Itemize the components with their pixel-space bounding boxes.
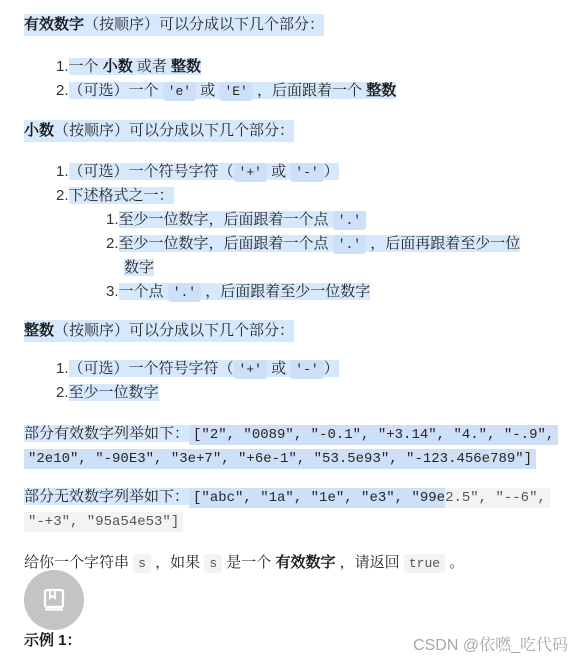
text: 一个点 [119, 283, 168, 300]
inline-code: s [204, 554, 222, 573]
watermark: CSDN @依嘫_吃代码 [413, 632, 568, 655]
bold-term: 整数 [366, 82, 396, 99]
text: ，如果 [151, 554, 204, 571]
list-num: 1. [56, 161, 69, 183]
heading-bold: 有效数字 [24, 16, 84, 33]
text: ，后面再跟着至少一位 [366, 235, 520, 252]
text: （可选）一个 [69, 82, 163, 99]
text: ） [324, 360, 339, 377]
text: （可选）一个符号字符（ [69, 163, 234, 180]
valid-examples-label: 部分有效数字列举如下： [24, 425, 189, 442]
list-num: 2. [56, 80, 69, 102]
text: 下述格式之一： [69, 187, 174, 204]
list-num: 1. [56, 358, 69, 380]
inline-code: '.' [333, 235, 366, 254]
invalid-examples-line2: "-+3", "95a54e53"] [24, 510, 183, 533]
invalid-examples-code: "-+3", "95a54e53"] [24, 512, 183, 532]
text: 是一个 [222, 554, 275, 571]
inline-code: '.' [168, 283, 201, 302]
list-item: 2.下述格式之一： [56, 185, 174, 207]
list-num: 2. [106, 233, 119, 255]
text: 或 [196, 82, 219, 99]
list-num: 2. [56, 382, 69, 404]
list-item: 2.至少一位数字 [56, 382, 159, 404]
heading-rest: （按顺序）可以分成以下几个部分： [84, 16, 324, 33]
invalid-examples-code: 2.5", "--6", [445, 488, 550, 508]
integer-heading: 整数（按顺序）可以分成以下几个部分： [24, 320, 294, 342]
text: （可选）一个符号字符（ [69, 360, 234, 377]
invalid-examples-line1: 部分无效数字列举如下：["abc", "1a", "1e", "e3", "99… [24, 486, 550, 509]
inline-code: '-' [290, 163, 323, 182]
example-heading: 示例 1： [24, 630, 82, 652]
text: 。 [445, 554, 464, 571]
bold-term: 小数 [103, 58, 133, 75]
invalid-examples-code-selected: ["abc", "1a", "1e", "e3", "99e [189, 488, 445, 508]
example-heading-text: 示例 1： [24, 632, 82, 649]
sub-list-item: 2.至少一位数字，后面跟着一个点 '.' ，后面再跟着至少一位 [106, 233, 520, 256]
book-button[interactable] [24, 570, 84, 630]
text: ，后面跟着至少一位数字 [201, 283, 370, 300]
text: 或 [267, 360, 290, 377]
decimal-heading: 小数（按顺序）可以分成以下几个部分： [24, 120, 294, 142]
text: ） [324, 163, 339, 180]
valid-number-heading: 有效数字（按顺序）可以分成以下几个部分： [24, 14, 324, 36]
valid-examples-line2: "2e10", "-90E3", "3e+7", "+6e-1", "53.5e… [24, 447, 536, 470]
valid-examples-code: "2e10", "-90E3", "3e+7", "+6e-1", "53.5e… [24, 449, 536, 469]
list-item: 1.一个 小数 或者 整数 [56, 56, 201, 78]
bold-term: 整数 [171, 58, 201, 75]
text: 给你一个字符串 [24, 554, 133, 571]
list-num: 1. [106, 209, 119, 231]
list-item: 1.（可选）一个符号字符（'+' 或 '-'） [56, 358, 339, 381]
bold-term: 有效数字 [275, 554, 335, 571]
heading-rest: （按顺序）可以分成以下几个部分： [54, 322, 294, 339]
book-icon [43, 588, 65, 612]
inline-code: 'E' [219, 82, 252, 101]
list-num: 2. [56, 185, 69, 207]
text: ，后面跟着一个 [253, 82, 366, 99]
text: 一个 [69, 58, 103, 75]
inline-code: 'e' [163, 82, 196, 101]
heading-bold: 小数 [24, 122, 54, 139]
text: 或者 [133, 58, 171, 75]
prompt-line: 给你一个字符串 s ，如果 s 是一个 有效数字 ，请返回 true 。 [24, 552, 464, 575]
inline-code: true [404, 554, 445, 573]
list-item: 1.（可选）一个符号字符（'+' 或 '-'） [56, 161, 339, 184]
inline-code: '-' [290, 360, 323, 379]
text: 至少一位数字，后面跟着一个点 [119, 235, 333, 252]
invalid-examples-label: 部分无效数字列举如下： [24, 488, 189, 505]
text: 数字 [124, 259, 154, 276]
sub-list-item: 3.一个点 '.' ，后面跟着至少一位数字 [106, 281, 370, 304]
inline-code: '+' [234, 360, 267, 379]
valid-examples-code: ["2", "0089", "-0.1", "+3.14", "4.", "-.… [189, 425, 558, 445]
inline-code: '+' [234, 163, 267, 182]
inline-code: s [133, 554, 151, 573]
sub-list-item-continuation: 数字 [124, 257, 154, 279]
valid-examples-line1: 部分有效数字列举如下：["2", "0089", "-0.1", "+3.14"… [24, 423, 558, 446]
heading-bold: 整数 [24, 322, 54, 339]
heading-rest: （按顺序）可以分成以下几个部分： [54, 122, 294, 139]
inline-code: '.' [333, 211, 366, 230]
list-num: 1. [56, 56, 69, 78]
text: ，请返回 [336, 554, 404, 571]
text: 至少一位数字 [69, 384, 159, 401]
text: 至少一位数字，后面跟着一个点 [119, 211, 333, 228]
list-item: 2.（可选）一个 'e' 或 'E' ，后面跟着一个 整数 [56, 80, 396, 103]
sub-list-item: 1.至少一位数字，后面跟着一个点 '.' [106, 209, 366, 232]
text: 或 [267, 163, 290, 180]
list-num: 3. [106, 281, 119, 303]
